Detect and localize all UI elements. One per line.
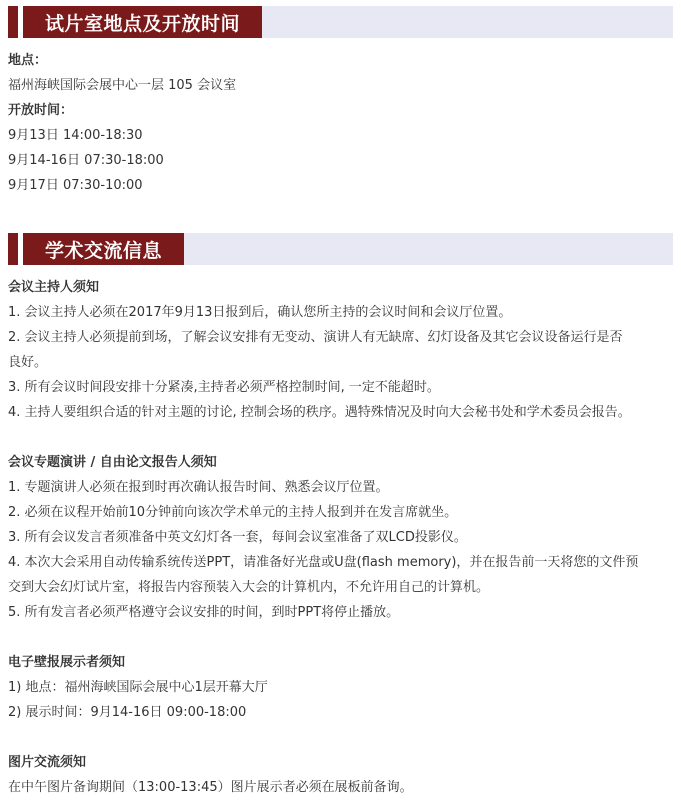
header-fill-bar (262, 6, 673, 38)
chair-notice-item: 1. 会议主持人必须在2017年9月13日报到后，确认您所主持的会议时间和会议厅… (8, 300, 673, 325)
section-header-academic-info: 学术交流信息 (8, 233, 673, 265)
poster-notice-heading: 电子壁报展示者须知 (8, 650, 673, 675)
chair-notice-heading: 会议主持人须知 (8, 275, 673, 300)
speaker-notice-heading: 会议专题演讲 / 自由论文报告人须知 (8, 450, 673, 475)
image-notice-heading: 图片交流须知 (8, 750, 673, 775)
hours-item: 9月13日 14:00-18:30 (8, 123, 673, 148)
section-title: 学术交流信息 (23, 233, 184, 265)
header-accent-bar (8, 6, 18, 38)
image-notice-item: 在中午图片备询期间（13:00-13:45）图片展示者必须在展板前备询。 (8, 775, 673, 800)
speaker-notice-item: 4. 本次大会采用自动传输系统传送PPT，请准备好光盘或U盘(flash mem… (8, 550, 673, 575)
hours-item: 9月14-16日 07:30-18:00 (8, 148, 673, 173)
chair-notice-item: 3. 所有会议时间段安排十分紧凑,主持者必须严格控制时间, 一定不能超时。 (8, 375, 673, 400)
speaker-notice-item: 1. 专题演讲人必须在报到时再次确认报告时间、熟悉会议厅位置。 (8, 475, 673, 500)
hours-label: 开放时间： (8, 98, 673, 123)
speaker-notice-item: 5. 所有发言者必须严格遵守会议安排的时间，到时PPT将停止播放。 (8, 600, 673, 625)
section-title: 试片室地点及开放时间 (23, 6, 262, 38)
speaker-notice-item: 交到大会幻灯试片室，将报告内容预装入大会的计算机内，不允许用自己的计算机。 (8, 575, 673, 600)
chair-notice-item: 2. 会议主持人必须提前到场，了解会议安排有无变动、演讲人有无缺席、幻灯设备及其… (8, 325, 673, 350)
poster-notice-item: 2) 展示时间：9月14-16日 09:00-18:00 (8, 700, 673, 725)
chair-notice-item: 良好。 (8, 350, 673, 375)
chair-notice-item: 4. 主持人要组织合适的针对主题的讨论, 控制会场的秩序。遇特殊情况及时向大会秘… (8, 400, 673, 425)
speaker-notice-item: 2. 必须在议程开始前10分钟前向该次学术单元的主持人报到并在发言席就坐。 (8, 500, 673, 525)
poster-notice-item: 1) 地点：福州海峡国际会展中心1层开幕大厅 (8, 675, 673, 700)
location-label: 地点： (8, 48, 673, 73)
header-accent-bar (8, 233, 18, 265)
section-header-screening-room: 试片室地点及开放时间 (8, 6, 673, 38)
hours-item: 9月17日 07:30-10:00 (8, 173, 673, 198)
speaker-notice-item: 3. 所有会议发言者须准备中英文幻灯各一套，每间会议室准备了双LCD投影仪。 (8, 525, 673, 550)
header-fill-bar (184, 233, 673, 265)
location-value: 福州海峡国际会展中心一层 105 会议室 (8, 73, 673, 98)
